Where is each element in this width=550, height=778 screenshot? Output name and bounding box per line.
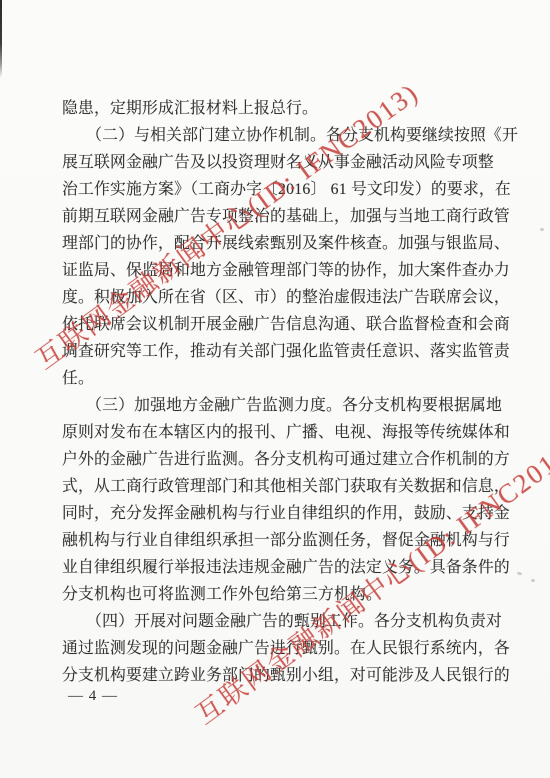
text-line: 理部门的协作，配合开展线索甄别及案件核查。加强与银监局、 bbox=[62, 230, 494, 257]
text-line: 隐患，定期形成汇报材料上报总行。 bbox=[62, 95, 494, 122]
scan-edge-artifact bbox=[0, 0, 2, 78]
text-line: （三）加强地方金融广告监测力度。各分支机构要根据属地 bbox=[62, 392, 494, 419]
scan-noise-speck bbox=[517, 571, 523, 576]
text-line: 分支机构也可将监测工作外包给第三方机构。 bbox=[62, 581, 494, 608]
scan-noise-speck bbox=[531, 579, 535, 582]
text-line: 任。 bbox=[62, 365, 494, 392]
page-number: — 4 — bbox=[68, 688, 118, 705]
scan-noise-speck bbox=[540, 228, 544, 231]
text-line: 式，从工商行政管理部门和其他相关部门获取有关数据和信息， bbox=[62, 473, 494, 500]
text-line: 原则对发布在本辖区内的报刊、广播、电视、海报等传统媒体和 bbox=[62, 419, 494, 446]
text-line: 调查研究等工作，推动有关部门强化监管责任意识、落实监管责 bbox=[62, 338, 494, 365]
text-line: （四）开展对问题金融广告的甄别工作。各分支机构负责对 bbox=[62, 608, 494, 635]
text-line: 户外的金融广告进行监测。各分支机构可通过建立合作机制的方 bbox=[62, 446, 494, 473]
scanned-document-page: 隐患，定期形成汇报材料上报总行。 （二）与相关部门建立协作机制。各分支机构要继续… bbox=[0, 0, 550, 778]
text-line: （二）与相关部门建立协作机制。各分支机构要继续按照《开 bbox=[62, 122, 494, 149]
